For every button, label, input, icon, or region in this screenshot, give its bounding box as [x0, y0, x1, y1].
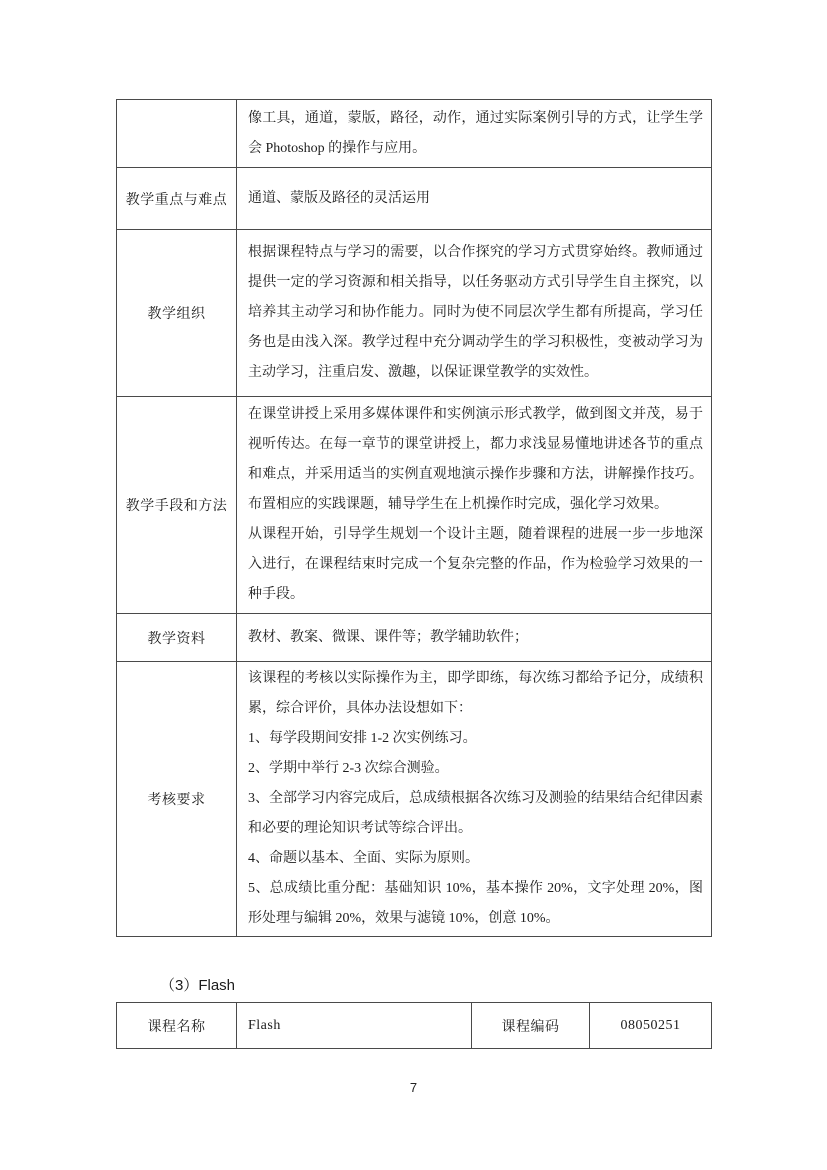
- paragraph: 该课程的考核以实际操作为主，即学即练，每次练习都给予记分，成绩积累，综合评价，具…: [248, 664, 703, 724]
- paragraph: 像工具，通道，蒙版，路径，动作，通过实际案例引导的方式，让学生学会 Photos…: [248, 104, 703, 164]
- label-teaching-methods: 教学手段和方法: [117, 396, 236, 613]
- course-name-label: 课程名称: [117, 1003, 236, 1048]
- content-key-points: 通道、蒙版及路径的灵活运用: [236, 167, 711, 229]
- content-course-intro-continued: 像工具，通道，蒙版，路径，动作，通过实际案例引导的方式，让学生学会 Photos…: [236, 100, 711, 167]
- label-teaching-materials: 教学资料: [117, 613, 236, 661]
- course-detail-table: 像工具，通道，蒙版，路径，动作，通过实际案例引导的方式，让学生学会 Photos…: [116, 99, 712, 937]
- content-teaching-materials: 教材、教案、微课、课件等；教学辅助软件；: [236, 613, 711, 661]
- paragraph: 5、总成绩比重分配：基础知识 10%，基本操作 20%，文字处理 20%，图形处…: [248, 874, 703, 934]
- label-empty-continued: [117, 100, 236, 167]
- paragraph: 在课堂讲授上采用多媒体课件和实例演示形式教学，做到图文并茂，易于视听传达。在每一…: [248, 400, 703, 520]
- content-assessment-requirements: 该课程的考核以实际操作为主，即学即练，每次练习都给予记分，成绩积累，综合评价，具…: [236, 661, 711, 936]
- flash-course-header-table: 课程名称 Flash 课程编码 08050251: [116, 1002, 712, 1049]
- course-name-value: Flash: [236, 1003, 471, 1048]
- course-code-label: 课程编码: [471, 1003, 589, 1048]
- paragraph: 2、学期中举行 2-3 次综合测验。: [248, 754, 703, 784]
- label-assessment-requirements: 考核要求: [117, 661, 236, 936]
- label-key-points: 教学重点与难点: [117, 167, 236, 229]
- paragraph: 4、命题以基本、全面、实际为原则。: [248, 844, 703, 874]
- paragraph: 通道、蒙版及路径的灵活运用: [248, 184, 703, 214]
- paragraph: 根据课程特点与学习的需要，以合作探究的学习方式贯穿始终。教师通过提供一定的学习资…: [248, 238, 703, 388]
- paragraph: 3、全部学习内容完成后，总成绩根据各次练习及测验的结果结合纪律因素和必要的理论知…: [248, 784, 703, 844]
- paragraph: 1、每学段期间安排 1-2 次实例练习。: [248, 724, 703, 754]
- label-teaching-organization: 教学组织: [117, 229, 236, 396]
- course-code-value: 08050251: [589, 1003, 711, 1048]
- page-number: 7: [0, 1080, 827, 1095]
- document-page: 像工具，通道，蒙版，路径，动作，通过实际案例引导的方式，让学生学会 Photos…: [0, 0, 827, 1170]
- content-teaching-methods: 在课堂讲授上采用多媒体课件和实例演示形式教学，做到图文并茂，易于视听传达。在每一…: [236, 396, 711, 613]
- paragraph: 教材、教案、微课、课件等；教学辅助软件；: [248, 623, 703, 653]
- content-teaching-organization: 根据课程特点与学习的需要，以合作探究的学习方式贯穿始终。教师通过提供一定的学习资…: [236, 229, 711, 396]
- paragraph: 从课程开始，引导学生规划一个设计主题，随着课程的进展一步一步地深入进行，在课程结…: [248, 520, 703, 610]
- section-heading-flash: （3）Flash: [160, 974, 235, 998]
